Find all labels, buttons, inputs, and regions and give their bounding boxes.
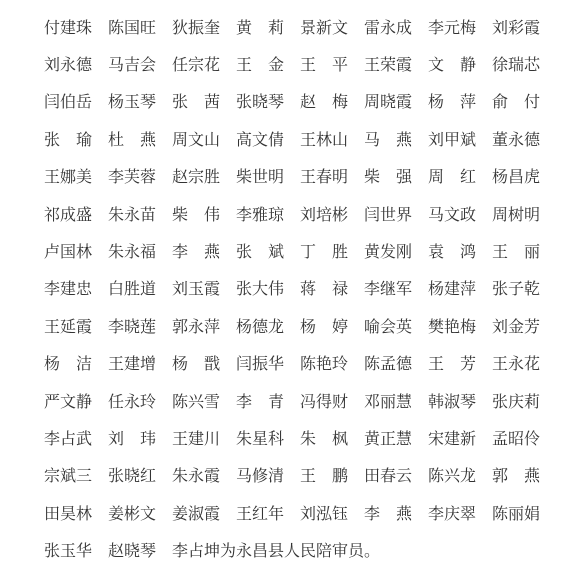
juror-list-document: 付建珠陈国旺狄振奎黄莉景新文雷永成李元梅刘彩霞刘永德马吉会任宗花王金王平王荣霞文… <box>0 0 581 570</box>
juror-name: 陈丽娟 <box>492 504 556 524</box>
juror-name: 李晓莲 <box>108 317 172 337</box>
juror-name: 朱永福 <box>108 242 172 262</box>
juror-name: 王延霞 <box>44 317 108 337</box>
juror-name: 刘金芳 <box>492 317 556 337</box>
juror-name: 李芙蓉 <box>108 167 172 187</box>
juror-name: 杨婷 <box>300 317 348 337</box>
juror-name: 王红年 <box>236 504 300 524</box>
juror-name: 马文政 <box>428 205 492 225</box>
juror-name: 刘玉霞 <box>172 279 236 299</box>
juror-name: 杨萍 <box>428 92 476 112</box>
juror-name: 李继军 <box>364 279 428 299</box>
juror-name: 陈国旺 <box>108 18 172 38</box>
juror-name: 狄振奎 <box>172 18 236 38</box>
juror-name: 任宗花 <box>172 55 236 75</box>
juror-name: 王平 <box>300 55 348 75</box>
juror-name: 赵梅 <box>300 92 348 112</box>
juror-name: 杨德龙 <box>236 317 300 337</box>
juror-name: 朱永苗 <box>108 205 172 225</box>
juror-name: 王永花 <box>492 354 556 374</box>
juror-name: 张庆莉 <box>492 392 556 412</box>
juror-name: 刘泓钰 <box>300 504 364 524</box>
juror-name: 王芳 <box>428 354 476 374</box>
juror-name: 刘甲斌 <box>428 130 492 150</box>
juror-name: 田昊林 <box>44 504 108 524</box>
juror-name: 刘培彬 <box>300 205 364 225</box>
juror-name: 陈艳玲 <box>300 354 364 374</box>
juror-name: 黄发刚 <box>364 242 428 262</box>
juror-name: 周晓霞 <box>364 92 428 112</box>
juror-name: 王建增 <box>108 354 172 374</box>
juror-name: 姜淑霞 <box>172 504 236 524</box>
juror-name: 张玉华 <box>44 541 108 561</box>
name-row: 李建忠白胜道刘玉霞张大伟蒋禄李继军杨建萍张子乾 <box>44 271 581 308</box>
juror-name: 蒋禄 <box>300 279 348 299</box>
juror-name: 李雅琼 <box>236 205 300 225</box>
juror-name: 杨建萍 <box>428 279 492 299</box>
closing-sentence: 李占坤为永昌县人民陪审员。 <box>172 541 380 561</box>
juror-name: 王建川 <box>172 429 236 449</box>
juror-name: 闫伯岳 <box>44 92 108 112</box>
juror-name: 张晓琴 <box>236 92 300 112</box>
juror-name: 严文静 <box>44 392 108 412</box>
juror-name: 闫振华 <box>236 354 300 374</box>
name-row: 王娜美李芙蓉赵宗胜柴世明王春明柴强周红杨昌虎 <box>44 159 581 196</box>
name-row: 付建珠陈国旺狄振奎黄莉景新文雷永成李元梅刘彩霞 <box>44 9 581 46</box>
juror-name: 孟昭伶 <box>492 429 556 449</box>
juror-name: 姜彬文 <box>108 504 172 524</box>
juror-name: 李青 <box>236 392 284 412</box>
juror-name: 陈孟德 <box>364 354 428 374</box>
juror-name: 杨戬 <box>172 354 220 374</box>
juror-name: 王荣霞 <box>364 55 428 75</box>
juror-name: 祁成盛 <box>44 205 108 225</box>
name-row: 李占武刘玮王建川朱星科朱枫黄正慧宋建新孟昭伶 <box>44 420 581 457</box>
juror-name: 樊艳梅 <box>428 317 492 337</box>
juror-name: 高文倩 <box>236 130 300 150</box>
name-row: 卢国林朱永福李燕张斌丁胜黄发刚袁鸿王丽 <box>44 233 581 270</box>
juror-name: 白胜道 <box>108 279 172 299</box>
juror-name: 韩淑琴 <box>428 392 492 412</box>
juror-name: 冯得财 <box>300 392 364 412</box>
juror-name: 王春明 <box>300 167 364 187</box>
name-row: 田昊林姜彬文姜淑霞王红年刘泓钰李燕李庆翠陈丽娟 <box>44 495 581 532</box>
juror-name: 邓丽慧 <box>364 392 428 412</box>
name-row: 宗斌三张晓红朱永霞马修清王鹏田春云陈兴龙郭燕 <box>44 458 581 495</box>
juror-name: 徐瑞芯 <box>492 55 556 75</box>
juror-name: 王林山 <box>300 130 364 150</box>
juror-name: 王丽 <box>492 242 540 262</box>
juror-name: 陈兴龙 <box>428 466 492 486</box>
juror-name: 宋建新 <box>428 429 492 449</box>
juror-name: 马燕 <box>364 130 412 150</box>
juror-name: 李燕 <box>172 242 220 262</box>
juror-name: 黄正慧 <box>364 429 428 449</box>
juror-name: 朱永霞 <box>172 466 236 486</box>
juror-name: 雷永成 <box>364 18 428 38</box>
juror-name: 宗斌三 <box>44 466 108 486</box>
juror-name: 刘永德 <box>44 55 108 75</box>
juror-name: 周红 <box>428 167 476 187</box>
juror-name: 闫世界 <box>364 205 428 225</box>
name-row: 张瑜杜燕周文山高文倩王林山马燕刘甲斌董永德 <box>44 121 581 158</box>
juror-name: 李燕 <box>364 504 412 524</box>
juror-name: 王娜美 <box>44 167 108 187</box>
juror-name: 朱枫 <box>300 429 348 449</box>
juror-name: 杨玉琴 <box>108 92 172 112</box>
juror-name: 马吉会 <box>108 55 172 75</box>
juror-name: 王鹏 <box>300 466 348 486</box>
juror-name: 柴伟 <box>172 205 220 225</box>
name-row: 严文静任永玲陈兴雪李青冯得财邓丽慧韩淑琴张庆莉 <box>44 383 581 420</box>
name-row: 杨洁王建增杨戬闫振华陈艳玲陈孟德王芳王永花 <box>44 346 581 383</box>
juror-name: 景新文 <box>300 18 364 38</box>
juror-name: 周文山 <box>172 130 236 150</box>
juror-name: 刘玮 <box>108 429 156 449</box>
juror-name: 李建忠 <box>44 279 108 299</box>
juror-name: 李占武 <box>44 429 108 449</box>
name-row: 王延霞李晓莲郭永萍杨德龙杨婷喻会英樊艳梅刘金芳 <box>44 308 581 345</box>
juror-name: 周树明 <box>492 205 556 225</box>
juror-name: 马修清 <box>236 466 300 486</box>
juror-name: 李庆翠 <box>428 504 492 524</box>
juror-name: 赵晓琴 <box>108 541 172 561</box>
juror-name: 文静 <box>428 55 476 75</box>
juror-name: 张茜 <box>172 92 220 112</box>
juror-name: 杜燕 <box>108 130 156 150</box>
juror-name: 俞付 <box>492 92 540 112</box>
juror-name: 张斌 <box>236 242 284 262</box>
name-row: 刘永德马吉会任宗花王金王平王荣霞文静徐瑞芯 <box>44 46 581 83</box>
juror-name: 郭永萍 <box>172 317 236 337</box>
juror-name: 张晓红 <box>108 466 172 486</box>
juror-name: 卢国林 <box>44 242 108 262</box>
juror-name: 杨洁 <box>44 354 92 374</box>
juror-name: 丁胜 <box>300 242 348 262</box>
juror-name: 田春云 <box>364 466 428 486</box>
juror-name: 柴世明 <box>236 167 300 187</box>
juror-name: 任永玲 <box>108 392 172 412</box>
juror-name: 张子乾 <box>492 279 556 299</box>
name-row: 祁成盛朱永苗柴伟李雅琼刘培彬闫世界马文政周树明 <box>44 196 581 233</box>
juror-name: 李元梅 <box>428 18 492 38</box>
juror-name: 刘彩霞 <box>492 18 556 38</box>
juror-name: 赵宗胜 <box>172 167 236 187</box>
juror-name: 付建珠 <box>44 18 108 38</box>
juror-name: 柴强 <box>364 167 412 187</box>
juror-name: 张瑜 <box>44 130 92 150</box>
juror-name: 黄莉 <box>236 18 284 38</box>
juror-name: 朱星科 <box>236 429 300 449</box>
juror-name: 郭燕 <box>492 466 540 486</box>
juror-name: 陈兴雪 <box>172 392 236 412</box>
juror-name: 张大伟 <box>236 279 300 299</box>
juror-name: 喻会英 <box>364 317 428 337</box>
closing-row: 张玉华赵晓琴李占坤为永昌县人民陪审员。 <box>44 532 581 569</box>
juror-name: 董永德 <box>492 130 556 150</box>
juror-name: 袁鸿 <box>428 242 476 262</box>
juror-name: 杨昌虎 <box>492 167 556 187</box>
name-row: 闫伯岳杨玉琴张茜张晓琴赵梅周晓霞杨萍俞付 <box>44 84 581 121</box>
juror-name: 王金 <box>236 55 284 75</box>
